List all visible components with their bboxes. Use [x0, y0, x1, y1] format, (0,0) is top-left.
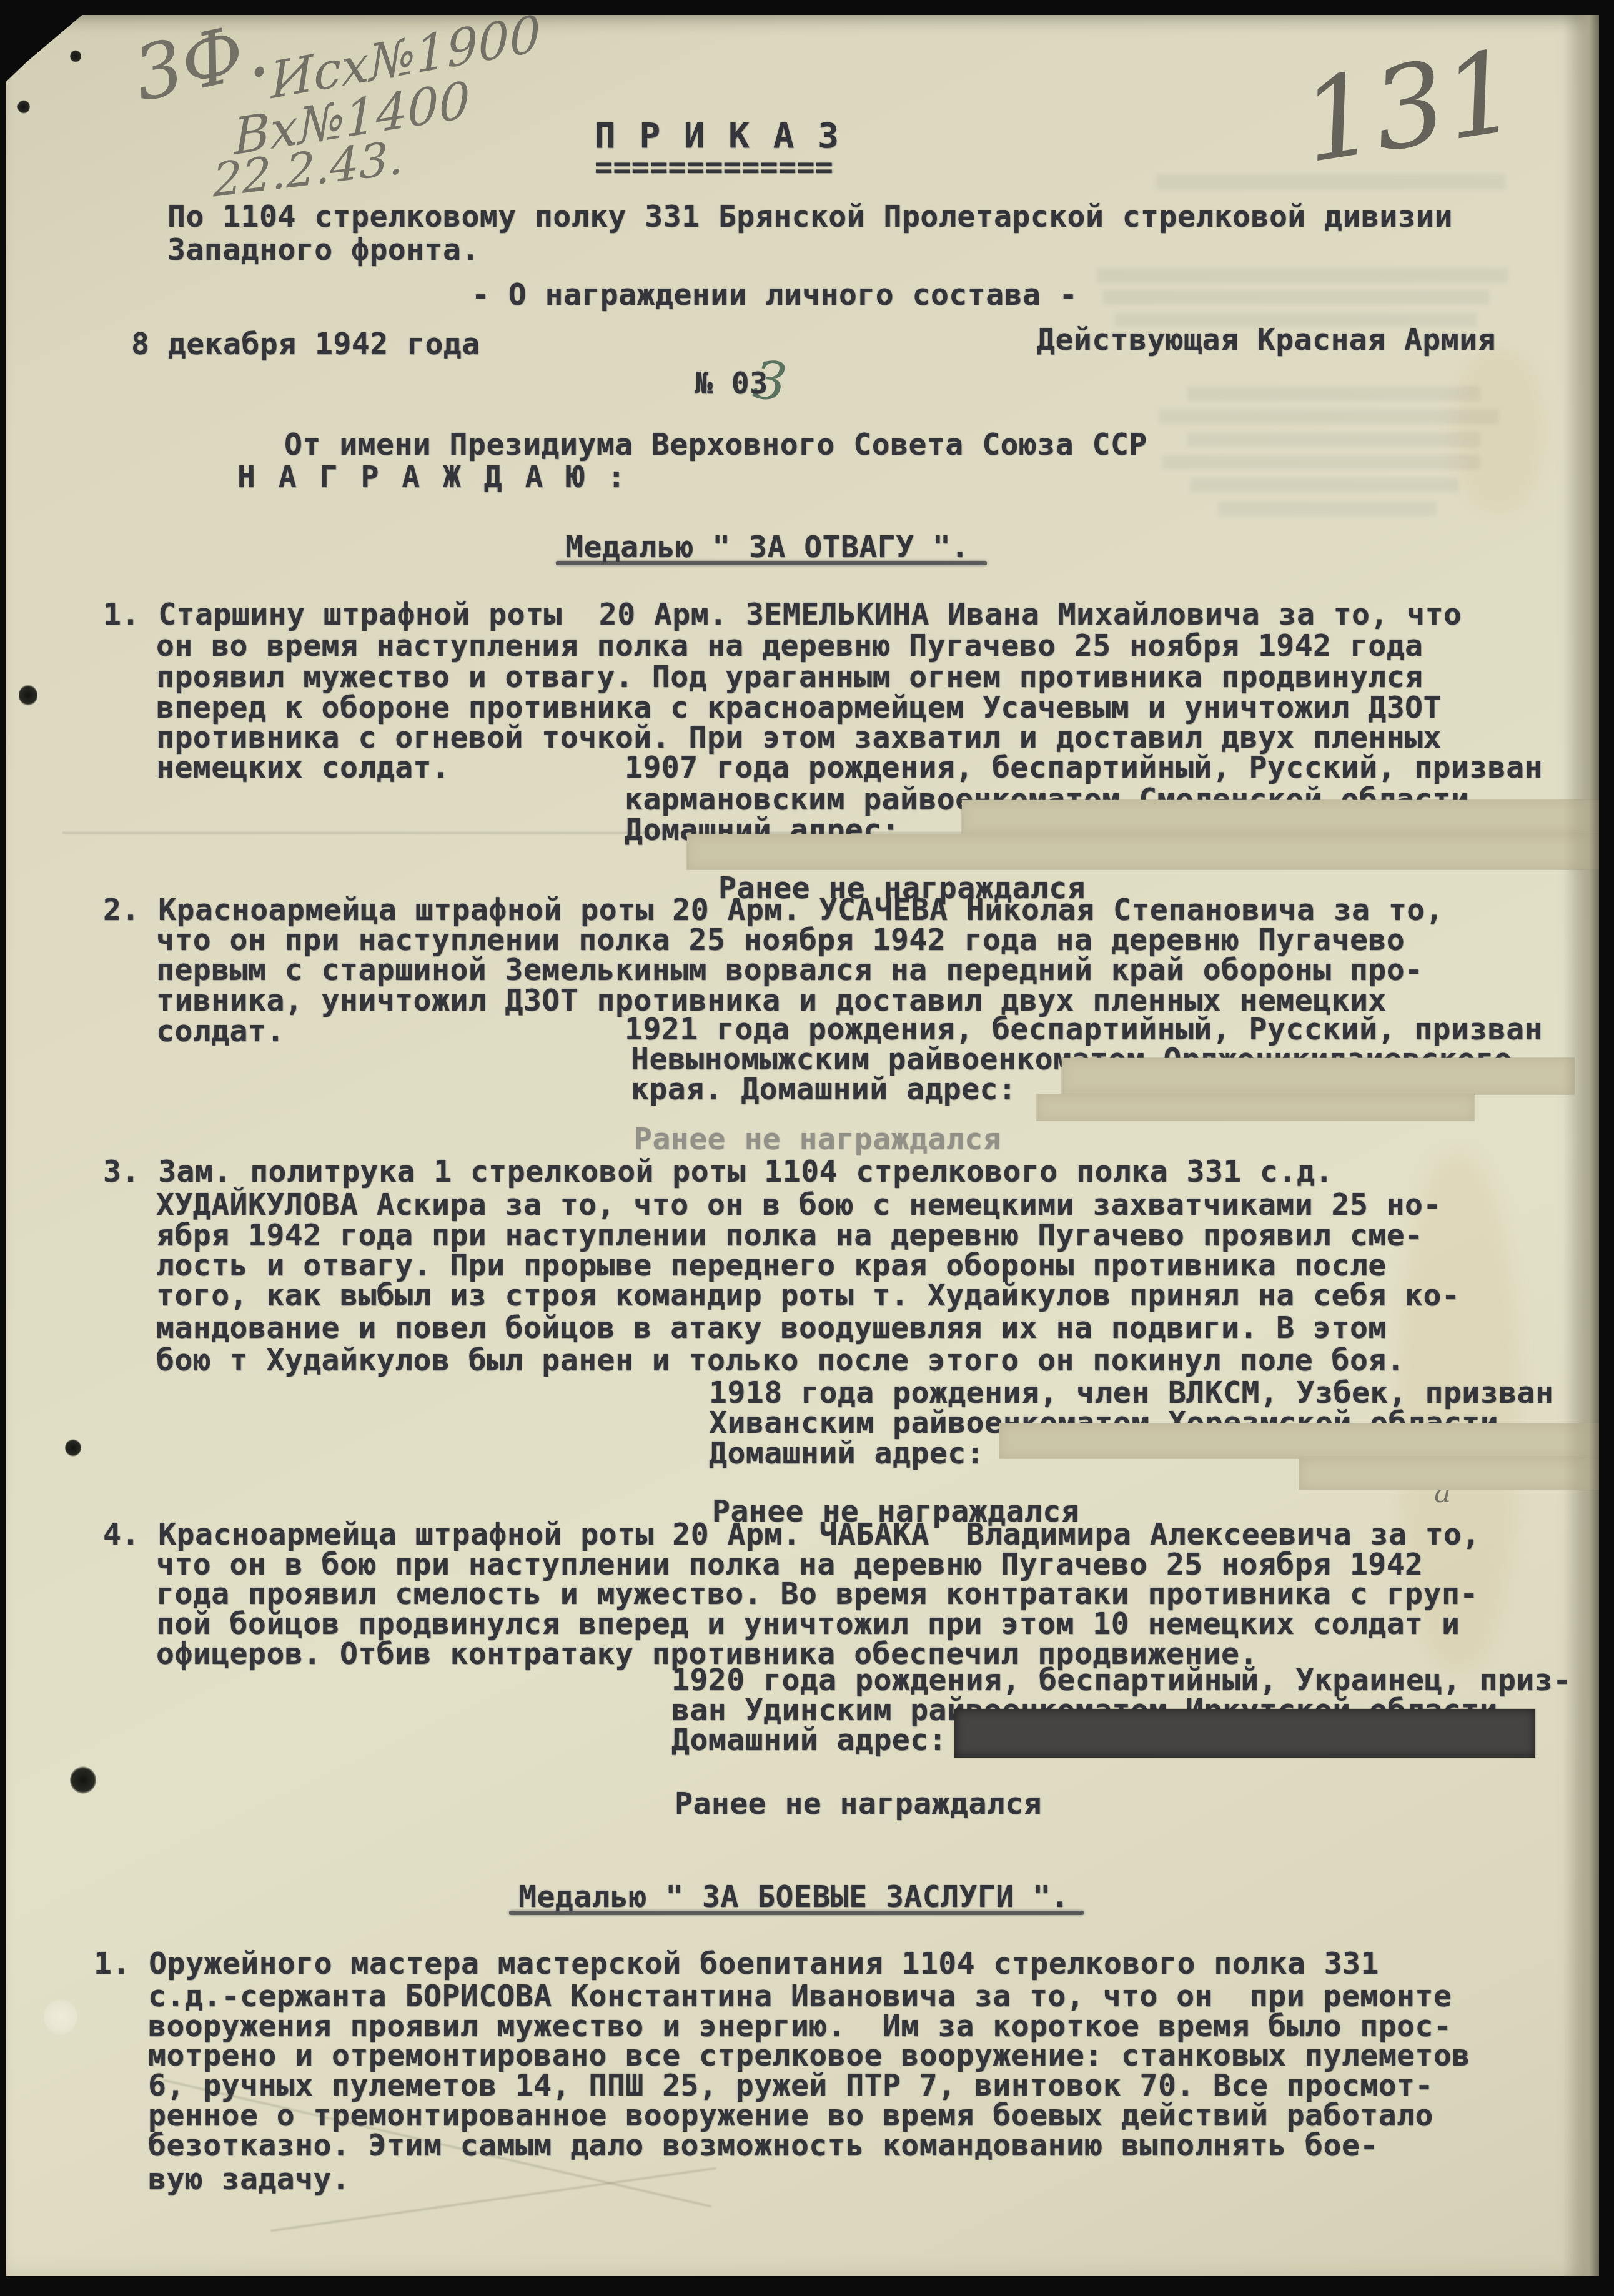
award-declaration: Н А Г Р А Ж Д А Ю : [237, 462, 628, 492]
item3-redaction-block [1299, 1458, 1599, 1490]
zaslugi-item1-line4: мотрено и отремонтировано все стрелковое… [148, 2041, 1470, 2071]
medal-otvaga-underline [556, 561, 987, 565]
item3-line4: лость и отвагу. При прорыве переднего кр… [156, 1250, 1387, 1280]
item2-bio-line1: 1921 года рождения, беспартийный, Русски… [625, 1014, 1543, 1044]
scanned-order-page: 3Ф. Исх№1900 Вх№1400 22.2.43. 131 3 а П … [0, 0, 1614, 2296]
item2-address-label: края. Домашний адрес: [631, 1074, 1016, 1104]
zaslugi-item1-line7: безотказно. Этим самым дало возможность … [148, 2130, 1379, 2160]
item3-line3: ября 1942 года при наступлении полка на … [156, 1220, 1423, 1250]
item3-line7: бою т Худайкулов был ранен и только посл… [156, 1345, 1405, 1375]
pencil-page-mark: 131 [1295, 35, 1525, 180]
item1-line5: противника с огневой точкой. При этом за… [156, 723, 1442, 753]
bleedthrough-text [1096, 267, 1508, 284]
item3-line6: мандование и повел бойцов в атаку воодуш… [156, 1313, 1387, 1343]
item4-redaction-block [954, 1709, 1535, 1758]
scan-edge-top [0, 0, 1614, 15]
item2-previous-award: Ранее не награждался [634, 1124, 1001, 1154]
zaslugi-item1-line5: 6, ручных пулеметов 14, ППШ 25, ружей ПТ… [148, 2071, 1433, 2101]
bleedthrough-text [1102, 290, 1490, 305]
order-number: № 03 [695, 369, 768, 398]
paper-hole [19, 685, 37, 706]
item2-line5-left: солдат. [156, 1016, 285, 1046]
item1-line6-left: немецких солдат. [156, 753, 450, 783]
item2-line1: 2. Красноармейца штрафной роты 20 Арм. У… [103, 895, 1443, 925]
scan-edge-bottom [0, 2276, 1614, 2296]
item3-line5: того, как выбыл из строя командир роты т… [156, 1280, 1460, 1310]
item2-line4: тивника, уничтожил ДЗОТ противника и дос… [156, 986, 1387, 1016]
zaslugi-item1-line6: ренное о тремонтированное вооружение во … [148, 2101, 1433, 2130]
order-date: 8 декабря 1942 года [131, 329, 480, 359]
medal-zaslugi-underline [509, 1911, 1084, 1915]
item2-redaction-block [1037, 1094, 1474, 1121]
item2-line3: первым с старшиной Земелькиным ворвался … [156, 955, 1423, 985]
paper-scuff [44, 1999, 77, 2035]
item4-previous-award: Ранее не награждался [675, 1789, 1042, 1819]
order-title-underline: ============= [595, 152, 833, 182]
item4-line4: пой бойцов продвинулся вперед и уничтожи… [156, 1609, 1460, 1639]
paper-hole [17, 100, 30, 114]
header-line-2: Западного фронта. [167, 235, 480, 265]
paper-hole [70, 50, 81, 62]
item3-line1: 3. Зам. политрука 1 стрелковой роты 1104… [103, 1157, 1334, 1187]
army-label: Действующая Красная Армия [1037, 325, 1496, 355]
paper-stain [1455, 350, 1543, 512]
item1-line3: проявил мужество и отвагу. Под ураганным… [156, 662, 1423, 692]
bleedthrough-text [1187, 432, 1480, 447]
item1-redaction-block [687, 834, 1599, 869]
item4-line3: года проявил смелость и мужество. Во вре… [156, 1579, 1478, 1609]
item1-line2: он во время наступления полка на деревню… [156, 631, 1423, 661]
order-title: П Р И К А З [595, 119, 840, 154]
item3-bio-line1: 1918 года рождения, член ВЛКСМ, Узбек, п… [709, 1378, 1553, 1408]
item1-line1: 1. Старшину штрафной роты 20 Арм. ЗЕМЕЛЬ… [103, 600, 1462, 630]
item4-line2: что он в бою при наступлении полка на де… [156, 1550, 1423, 1580]
item1-line4: вперед к обороне противника с красноарме… [156, 693, 1442, 723]
item3-line2: ХУДАЙКУЛОВА Аскира за то, что он в бою с… [156, 1190, 1442, 1220]
zaslugi-item1-line1: 1. Оружейного мастера мастерской боепита… [94, 1949, 1379, 1979]
item4-line1: 4. Красноармейца штрафной роты 20 Арм. Ч… [103, 1520, 1480, 1550]
preamble: От имени Президиума Верховного Совета Со… [284, 430, 1147, 460]
header-line-1: По 1104 стрелковому полку 331 Брянской П… [167, 202, 1453, 232]
bleedthrough-text [1159, 409, 1499, 424]
scan-edge-right [1599, 0, 1614, 2296]
paper-hole [65, 1439, 81, 1457]
bleedthrough-text [1187, 386, 1480, 401]
item1-bio-line1: 1907 года рождения, беспартийный, Русски… [625, 753, 1543, 783]
bleedthrough-text [1190, 478, 1458, 493]
medal-otvaga-title: Медалью " ЗА ОТВАГУ ". [565, 532, 969, 562]
item2-line2: что он при наступлении полка 25 ноября 1… [156, 925, 1405, 955]
paper-hole [70, 1766, 96, 1794]
medal-zaslugi-title: Медалью " ЗА БОЕВЫЕ ЗАСЛУГИ ". [518, 1882, 1069, 1912]
item3-redaction-inline [999, 1423, 1599, 1458]
zaslugi-item1-line8: вую задачу. [148, 2164, 350, 2194]
subject-line: - О награждении личного состава - [472, 280, 1077, 310]
item4-address-label: Домашний адрес: [671, 1725, 947, 1755]
item2-redaction-inline [1062, 1058, 1574, 1094]
item1-redaction-inline [962, 800, 1599, 834]
zaslugi-item1-line3: вооружения проявил мужество и энергию. И… [148, 2011, 1452, 2041]
scan-edge-left [0, 0, 6, 2296]
item4-bio-line1: 1920 года рождения, беспартийный, Украин… [671, 1665, 1572, 1695]
item3-address-label: Домашний адрес: [709, 1438, 984, 1468]
paper-right-fold [1563, 15, 1600, 2276]
bleedthrough-text [1162, 455, 1480, 470]
bleedthrough-text [1218, 501, 1437, 516]
zaslugi-item1-line2: с.д.-сержанта БОРИСОВА Константина Ивано… [148, 1981, 1452, 2011]
